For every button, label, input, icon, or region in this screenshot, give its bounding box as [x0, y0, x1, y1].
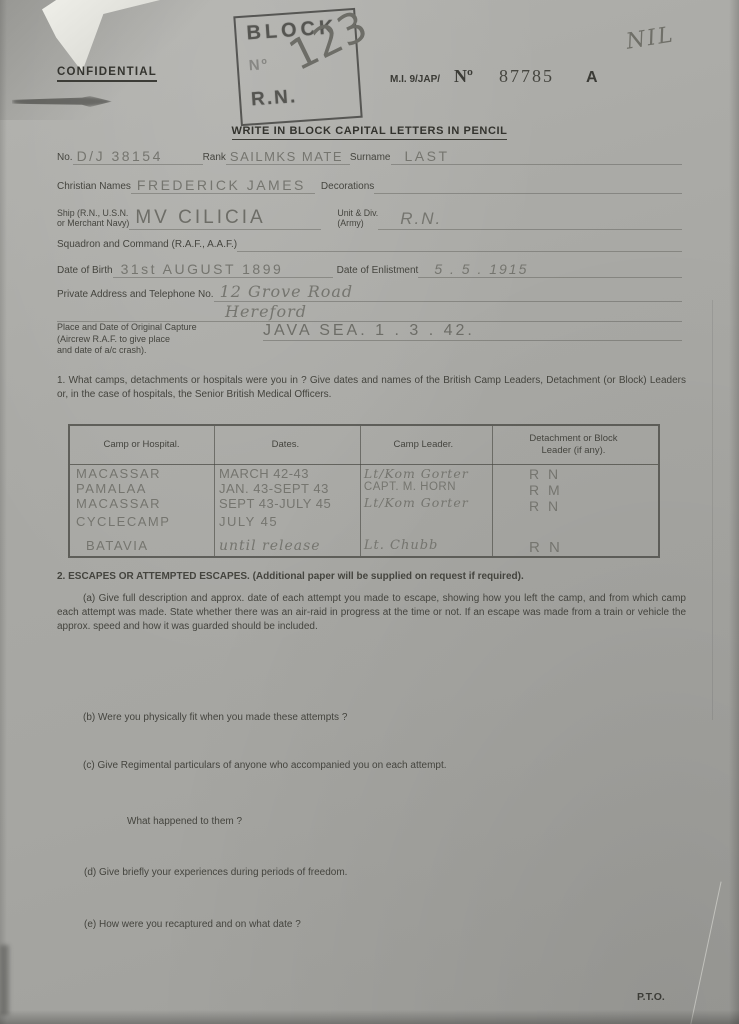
enlistment-value: 5 . 5 . 1915 [418, 261, 682, 278]
camps-table-header: Camp or Hospital. Dates. Camp Leader. De… [70, 426, 658, 465]
unit-label-line2: (Army) [337, 218, 363, 228]
table-row: Lt. Chubb [364, 532, 485, 556]
dob-label: Date of Birth [57, 265, 113, 278]
capture-label: Place and Date of Original Capture (Airc… [57, 322, 263, 358]
question-2d-text: (d) Give briefly your experiences during… [84, 867, 347, 878]
row-squadron: Squadron and Command (R.A.F., A.A.F.) [57, 236, 682, 252]
bottom-shadow [0, 1010, 739, 1024]
surname-label: Surname [350, 152, 391, 165]
rank-value: SAILMKS MATE [226, 149, 350, 165]
question-2-heading: 2. ESCAPES OR ATTEMPTED ESCAPES. (Additi… [57, 570, 686, 584]
squadron-value [237, 251, 682, 252]
table-row: JULY 45 [219, 511, 354, 532]
table-row [364, 510, 485, 532]
table-row: R N [529, 498, 654, 514]
stamp-no-symbol: Nº [248, 56, 269, 74]
row-address-continued: Hereford [57, 302, 682, 322]
scanned-pow-questionnaire-page: CONFIDENTIAL BLOCK Nº R.N. 123 M.I. 9/JA… [0, 0, 739, 1024]
confidential-marking: CONFIDENTIAL [57, 66, 157, 82]
camps-table-body: MACASSAR PAMALAA MACASSAR CYCLECAMP BATA… [70, 464, 658, 556]
address-value-line2: Hereford [57, 302, 682, 322]
capture-label-line2: (Aircrew R.A.F. to give place [57, 334, 170, 344]
question-2c-followup-text: What happened to them ? [127, 816, 242, 827]
row-capture: Place and Date of Original Capture (Airc… [57, 322, 682, 368]
row-ship-unit: Ship (R.N., U.S.N.or Merchant Navy) MV C… [57, 196, 682, 230]
address-value-line1: 12 Grove Road [214, 282, 682, 302]
table-row: MACASSAR [76, 496, 209, 511]
question-2e-text: (e) How were you recaptured and on what … [84, 919, 301, 930]
table-row [529, 514, 654, 533]
stamp-rn: R.N. [250, 86, 297, 111]
question-2c-text: (c) Give Regimental particulars of anyon… [83, 760, 447, 771]
decorations-label: Decorations [315, 181, 374, 194]
table-row: MARCH 42-43 [219, 466, 354, 481]
table-row: JAN. 43-SEPT 43 [219, 481, 354, 496]
no-label: No. [57, 152, 73, 165]
enlistment-label: Date of Enlistment [333, 265, 419, 278]
row-address: Private Address and Telephone No. 12 Gro… [57, 280, 682, 302]
unit-value: R.N. [378, 209, 682, 230]
table-row: until release [219, 532, 354, 556]
surname-value: LAST [391, 148, 683, 165]
unit-label-line1: Unit & Div. [337, 208, 378, 218]
christian-names-label: Christian Names [57, 181, 131, 194]
ship-label-line1: Ship (R.N., U.S.N. [57, 208, 128, 218]
table-row: BATAVIA [76, 532, 209, 556]
no-symbol: Nº [454, 66, 473, 87]
col-header-dates: Dates. [213, 426, 358, 464]
squadron-label: Squadron and Command (R.A.F., A.A.F.) [57, 239, 237, 252]
unit-label: Unit & Div.(Army) [329, 208, 378, 230]
table-row: SEPT 43-JULY 45 [219, 496, 354, 511]
address-label: Private Address and Telephone No. [57, 289, 214, 302]
capture-label-line3: and date of a/c crash). [57, 345, 147, 355]
rank-label: Rank [203, 152, 226, 165]
handwritten-nil-note: NIL [624, 22, 676, 54]
table-row: R N [529, 466, 654, 482]
camps-table: Camp or Hospital. Dates. Camp Leader. De… [68, 424, 660, 558]
table-row: R M [529, 482, 654, 498]
question-2b-text: (b) Were you physically fit when you mad… [83, 712, 347, 723]
christian-names-value: FREDERICK JAMES [131, 177, 315, 194]
table-row: MACASSAR [76, 466, 209, 481]
capture-label-line1: Place and Date of Original Capture [57, 322, 197, 332]
row-no-rank-surname: No. D/J 38154 Rank SAILMKS MATE Surname … [57, 143, 682, 165]
right-shadow [729, 0, 739, 1024]
row-dob-enlistment: Date of Birth 31st AUGUST 1899 Date of E… [57, 256, 682, 278]
serial-number: 87785 [499, 66, 554, 87]
col-header-camp: Camp or Hospital. [70, 426, 213, 464]
col-header-leader: Camp Leader. [358, 426, 489, 464]
serial-suffix: A [586, 69, 598, 87]
instruction-text: WRITE IN BLOCK CAPITAL LETTERS IN PENCIL [232, 125, 508, 140]
row-christian-decorations: Christian Names FREDERICK JAMES Decorati… [57, 172, 682, 194]
column-camp: MACASSAR PAMALAA MACASSAR CYCLECAMP BATA… [70, 464, 213, 556]
column-dates: MARCH 42-43 JAN. 43-SEPT 43 SEPT 43-JULY… [213, 464, 358, 556]
question-1-text: 1. What camps, detachments or hospitals … [57, 374, 686, 402]
ship-label-line2: or Merchant Navy) [57, 218, 129, 228]
ship-value: MV CILICIA [129, 207, 321, 230]
page-turn-over-note: P.T.O. [637, 991, 665, 1003]
table-row: CAPT. M. HORN [364, 481, 485, 495]
column-leader: Lt/Kom Gorter CAPT. M. HORN Lt/Kom Gorte… [358, 464, 489, 556]
left-shadow [0, 0, 7, 1024]
ship-label: Ship (R.N., U.S.N.or Merchant Navy) [57, 208, 129, 230]
capture-value: JAVA SEA. 1 . 3 . 42. [263, 322, 682, 341]
question-2a-text: (a) Give full description and approx. da… [57, 592, 686, 634]
serial-reference: M.I. 9/JAP/ Nº 87785 A [390, 66, 598, 87]
col-header-detachment: Detachment or Block Leader (if any). [489, 426, 658, 464]
dob-value: 31st AUGUST 1899 [113, 261, 333, 278]
decorations-value [374, 193, 682, 194]
instruction-line: WRITE IN BLOCK CAPITAL LETTERS IN PENCIL [0, 121, 739, 139]
table-row: Lt/Kom Gorter [364, 466, 485, 481]
table-row: CYCLECAMP [76, 511, 209, 532]
paper-crease [689, 882, 721, 1024]
mi9-prefix: M.I. 9/JAP/ [390, 74, 440, 85]
service-number-value: D/J 38154 [73, 148, 203, 165]
table-row: PAMALAA [76, 481, 209, 496]
table-row: R N [529, 533, 654, 556]
table-row: Lt/Kom Gorter [364, 495, 485, 510]
paper-crease [712, 300, 713, 720]
column-detachment: R N R M R N R N [489, 464, 658, 556]
